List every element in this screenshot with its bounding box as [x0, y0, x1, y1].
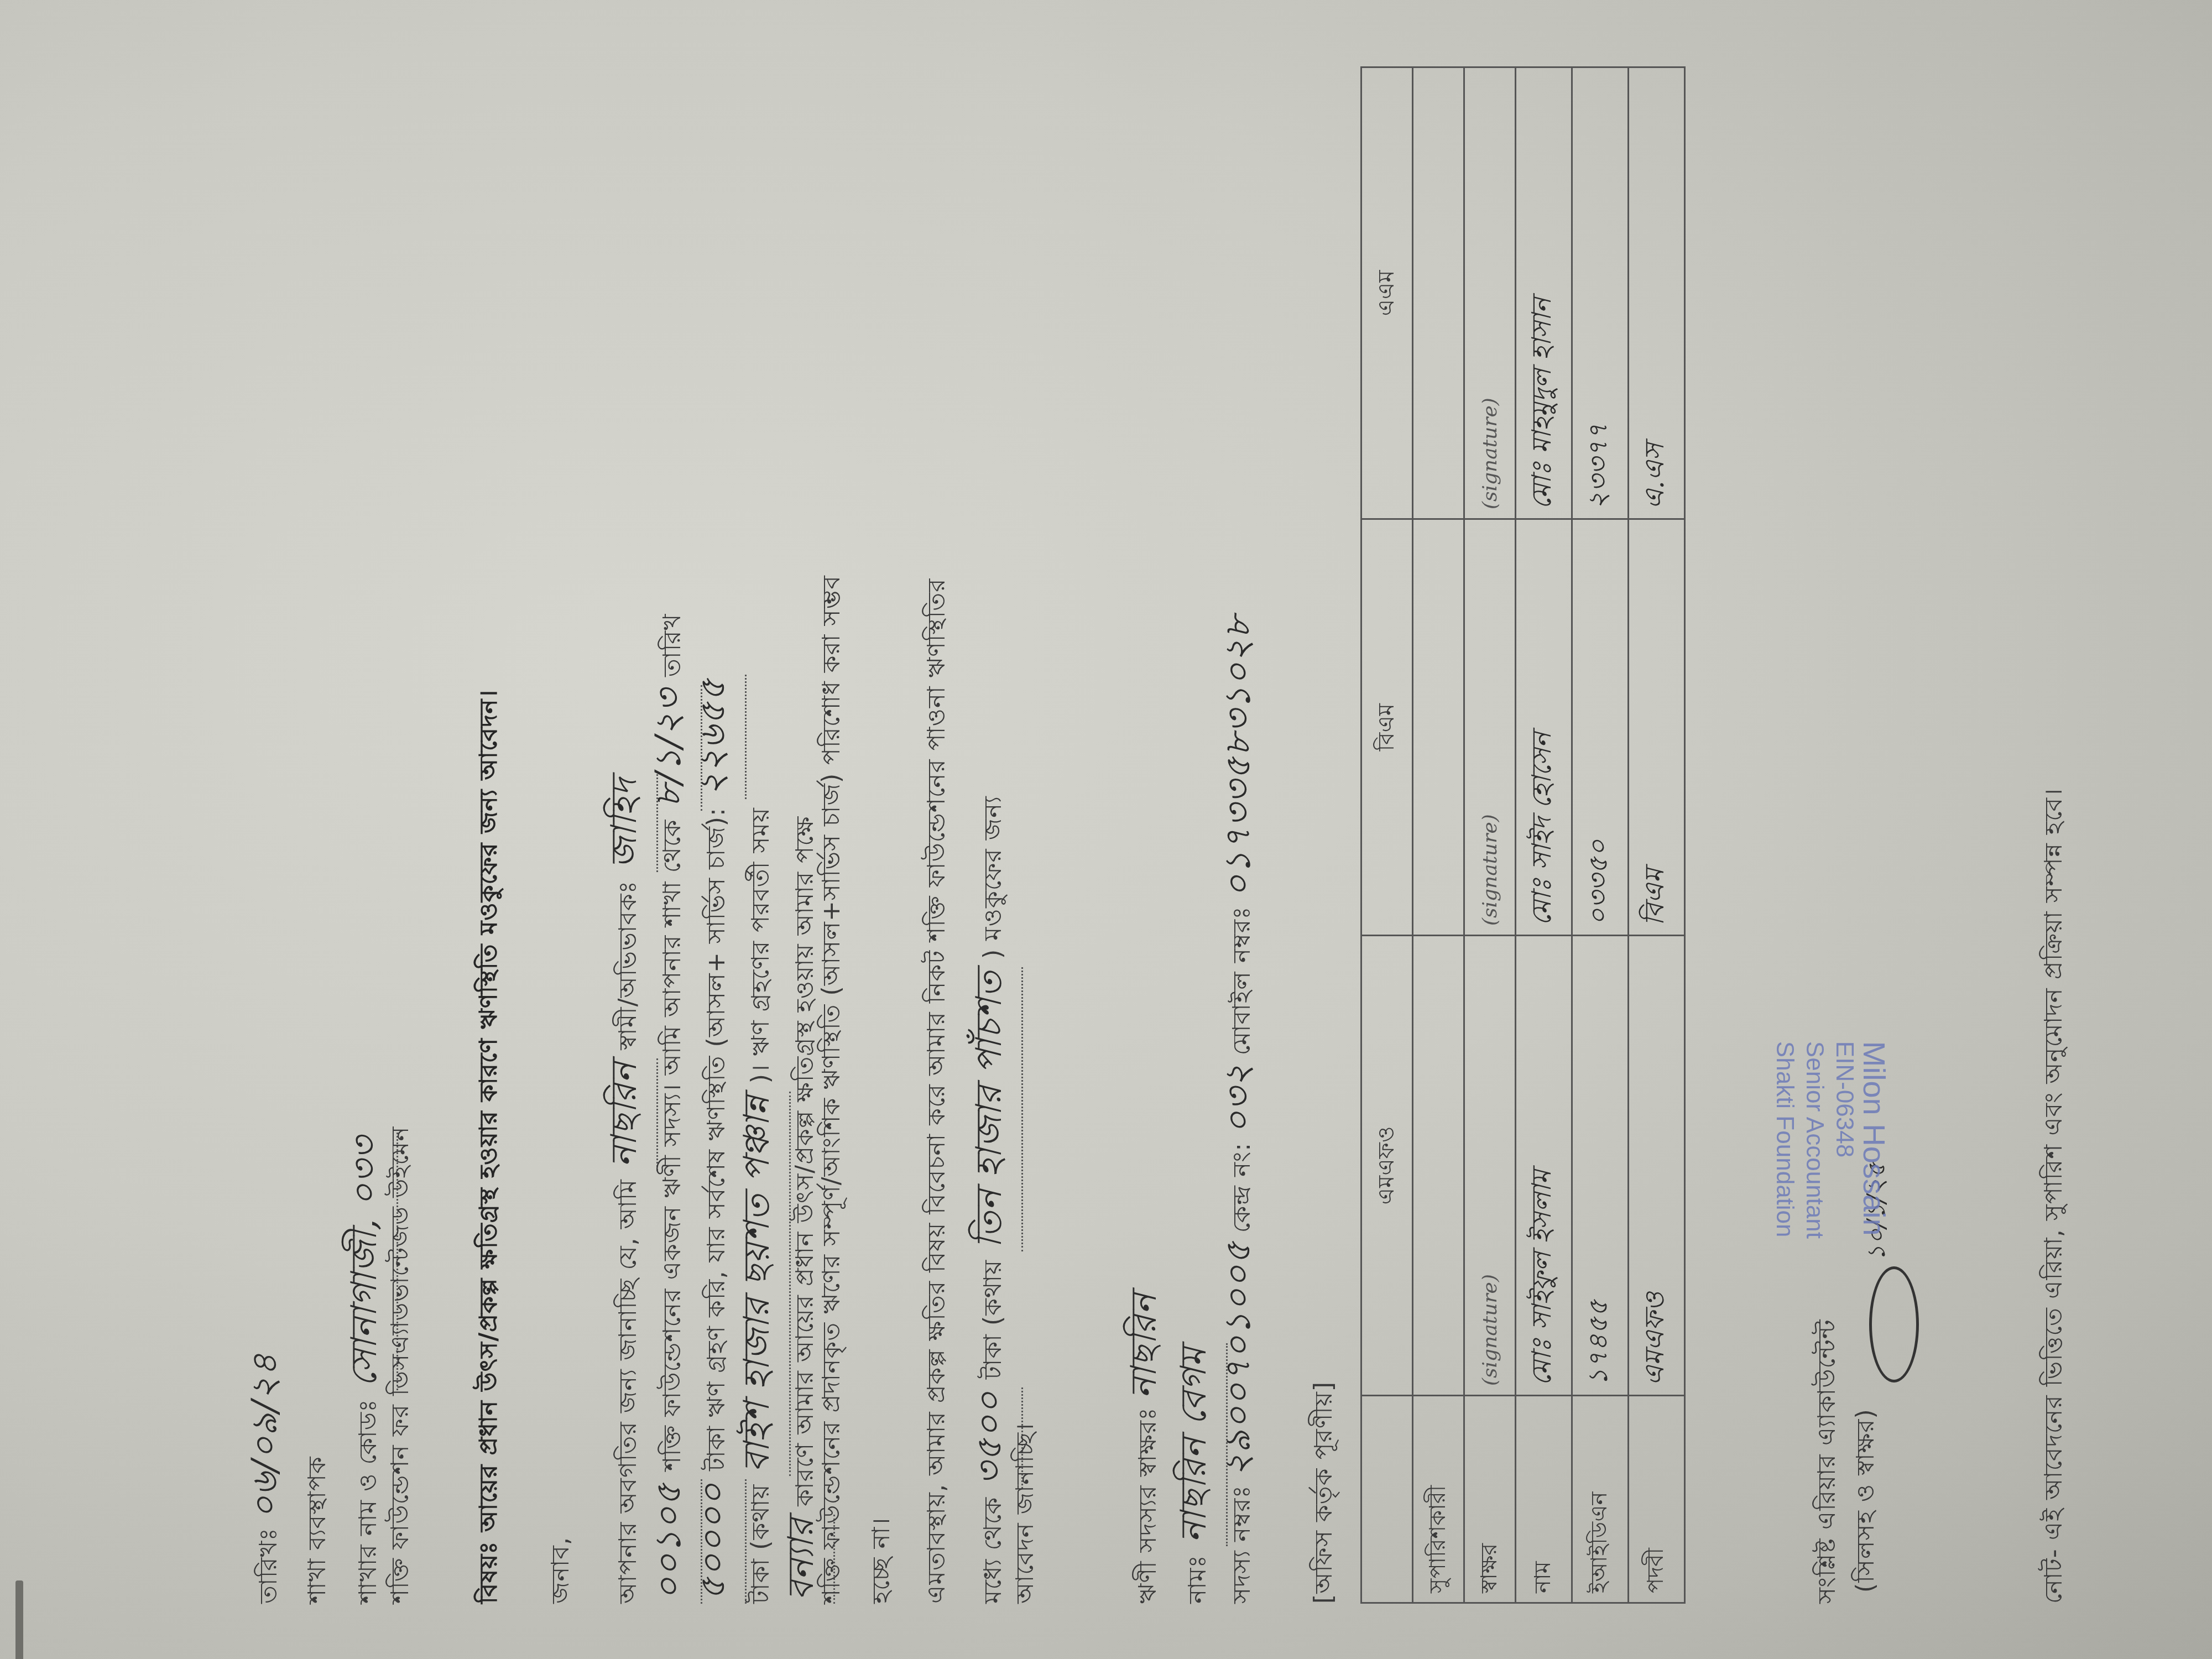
- office-table: এমএফও বিএম এএম সুপারিশকারী স্বাক্ষর (sig…: [1360, 66, 1686, 1604]
- cell: মোঃ সাইফুল ইসলাম: [1516, 936, 1572, 1396]
- outstanding-field: ২২৬৫৫: [686, 675, 747, 799]
- cell: ১৭৪৫৫: [1572, 936, 1629, 1396]
- stamp-title: Senior Accountant: [1799, 1041, 1829, 1239]
- cell: ২৩৩৭৭: [1572, 67, 1629, 519]
- cell: এ.এস: [1629, 67, 1685, 519]
- member-signature: নাছরিন: [1124, 1293, 1165, 1399]
- cell: মোঃ মাহমুদুল হাসান: [1516, 67, 1572, 519]
- row-label: ইআইডিএন: [1572, 1396, 1629, 1603]
- table-row: পদবী এমএফও বিএম এ.এস: [1629, 67, 1685, 1603]
- stamp-ein: EIN-06348: [1829, 1041, 1859, 1239]
- text: টাকা (কথায়: [747, 1484, 775, 1604]
- member-no-value: ২৯০০৭০১০০৫: [1218, 1241, 1259, 1477]
- signature-cell: (signature): [1464, 67, 1516, 519]
- application-form-page: তারিখঃ ০৬/০৯/২৪ শাখা ব্যবস্থাপক শাখার না…: [0, 0, 2212, 1659]
- table-header-row: এমএফও বিএম এএম: [1361, 67, 1413, 1603]
- text: টাকা (কথায়: [979, 1260, 1007, 1379]
- office-heading: [অফিস কর্তৃক পূরণীয়]: [1305, 1381, 1345, 1604]
- table-row: স্বাক্ষর (signature) (signature) (signat…: [1464, 67, 1516, 1603]
- col-header-am: এএম: [1361, 67, 1413, 519]
- date-value: ০৬/০৯/২৪: [244, 1353, 285, 1519]
- para1-line6: শক্তি ফাউন্ডেশনের প্রদানকৃত ঋণের সম্পূর্…: [813, 575, 853, 1604]
- waiver-words-field: তিন হাজার পাঁচশত: [962, 967, 1023, 1251]
- signature-cell: (signature): [1464, 519, 1516, 936]
- cell: ০৩৩৫০: [1572, 519, 1629, 936]
- cell: মোঃ সাইদ হোসেন: [1516, 519, 1572, 936]
- row-label: সুপারিশকারী: [1413, 1396, 1464, 1603]
- cell: [1413, 936, 1464, 1396]
- accountant-signature: [1869, 1266, 1919, 1383]
- mobile-label: মোবাইল নম্বরঃ: [1228, 906, 1256, 1055]
- table-row: নাম মোঃ সাইফুল ইসলাম মোঃ সাইদ হোসেন মোঃ …: [1516, 67, 1572, 1603]
- stamp-name: Milon Hossain: [1859, 1041, 1889, 1239]
- accountant-stamp: Milon Hossain EIN-06348 Senior Accountan…: [1770, 1041, 1889, 1239]
- row-label: স্বাক্ষর: [1464, 1396, 1516, 1603]
- salutation: জনাব,: [542, 1537, 582, 1604]
- subject-line: বিষয়ঃ আয়ের প্রধান উৎস/প্রকল্প ক্ষতিগ্র…: [470, 690, 510, 1604]
- name-label: নামঃ: [1183, 1554, 1212, 1604]
- row-label: পদবী: [1629, 1396, 1685, 1603]
- cell: এমএফও: [1629, 936, 1685, 1396]
- stamp-org: Shakti Foundation: [1770, 1041, 1799, 1239]
- col-header-mfo: এমএফও: [1361, 936, 1413, 1396]
- text: ) মওকুফের জন্য: [979, 796, 1007, 959]
- col-header-bm: বিএম: [1361, 519, 1413, 936]
- text: শক্তি ফাউন্ডেশনের একজন ঋণী সদস্য। আমি আপ…: [658, 819, 686, 1471]
- table-row: ইআইডিএন ১৭৪৫৫ ০৩৩৫০ ২৩৩৭৭: [1572, 67, 1629, 1603]
- row-label: নাম: [1516, 1396, 1572, 1603]
- text: তারিখ: [658, 614, 686, 677]
- mobile-value: ০১৭৩৩৫৮৩১০২৮: [1218, 615, 1259, 898]
- member-no-label: সদস্য নম্বরঃ: [1228, 1485, 1256, 1604]
- signature-cell: (signature): [1464, 936, 1516, 1396]
- to-line-3: শক্তি ফাউন্ডেশন ফর ডিসএ্যাডভান্টেজড উইমে…: [382, 1126, 422, 1604]
- to-line-1: শাখা ব্যবস্থাপক: [299, 1456, 339, 1604]
- text: মধ্যে থেকে: [979, 1497, 1007, 1604]
- signature-label: ঋণী সদস্যর স্বাক্ষরঃ: [1134, 1407, 1162, 1604]
- cell: [1413, 519, 1464, 936]
- member-number-line: সদস্য নম্বরঃ ২৯০০৭০১০০৫ কেন্দ্র নং: ০৩২ …: [1211, 615, 1270, 1604]
- cell: বিএম: [1629, 519, 1685, 936]
- accountant-sublabel: (সিলসহ ও স্বাক্ষর): [1847, 1408, 1887, 1593]
- center-label: কেন্দ্র নং:: [1228, 1142, 1256, 1233]
- date-label: তারিখঃ: [254, 1527, 283, 1604]
- para2-line1: এমতাবস্থায়, আমার প্রকল্প ক্ষতির বিষয় ব…: [918, 578, 958, 1604]
- date-line: তারিখঃ ০৬/০৯/২৪: [238, 1353, 297, 1604]
- table-row: সুপারিশকারী: [1413, 67, 1464, 1603]
- footer-note: নোট- এই আবেদনের ভিত্তিতে এরিয়া, সুপারিশ…: [2035, 788, 2075, 1604]
- branch-label: শাখার নাম ও কোডঃ: [354, 1399, 382, 1604]
- text: )। ঋণ গ্রহণের পরবর্তী সময়: [747, 807, 775, 1083]
- text: স্বামী/অভিভাবকঃ: [614, 880, 642, 1050]
- cell: [1413, 67, 1464, 519]
- accountant-label: সংশ্লিষ্ট এরিয়ার এ্যাকাউন্টেন্ট: [1808, 1319, 1849, 1604]
- center-value: ০৩২: [1218, 1063, 1259, 1134]
- text: টাকা ঋণ গ্রহণ করি, যার সর্বশেষ ঋণস্থিতি …: [702, 807, 731, 1471]
- staple-mark: [15, 1580, 23, 1659]
- para2-line3: আবেদন জানাচ্ছি।: [1006, 1423, 1047, 1604]
- para1-line7: হচ্ছে না।: [863, 1517, 903, 1604]
- col-header: [1361, 1396, 1413, 1603]
- text: আপনার অবগতির জন্য জানাচ্ছি যে, আমি: [614, 1179, 642, 1604]
